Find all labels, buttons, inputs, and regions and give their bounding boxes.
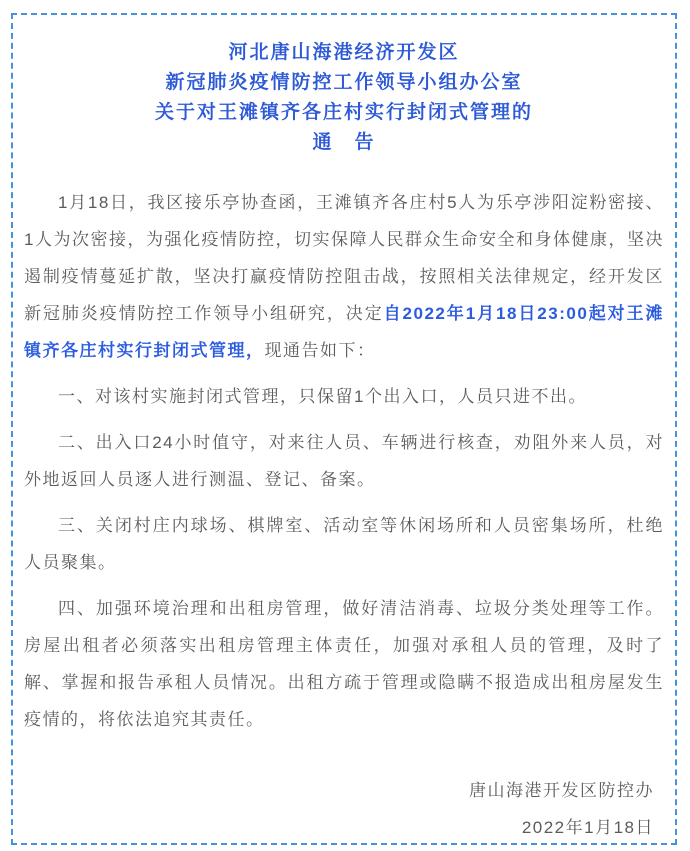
- title-line-subject: 关于对王滩镇齐各庄村实行封闭式管理的: [13, 98, 675, 128]
- notice-item-3: 三、关闭村庄内球场、棋牌室、活动室等休闲场所和人员密集场所，杜绝人员聚集。: [24, 507, 664, 581]
- notice-item-1: 一、对该村实施封闭式管理，只保留1个出入口，人员只进不出。: [24, 378, 664, 415]
- notice-item-2: 二、出入口24小时值守，对来往人员、车辆进行核查，劝阻外来人员，对外地返回人员逐…: [24, 424, 664, 498]
- issue-date: 2022年1月18日: [24, 809, 654, 846]
- notice-item-4: 四、加强环境治理和出租房管理，做好清洁消毒、垃圾分类处理等工作。房屋出租者必须落…: [24, 590, 664, 738]
- intro-text-after: 现通告如下：: [265, 341, 376, 360]
- notice-body: 1月18日，我区接乐亭协查函，王滩镇齐各庄村5人为乐亭涉阳淀粉密接、1人为次密接…: [24, 184, 664, 846]
- issuer-name: 唐山海港开发区防控办: [24, 772, 654, 809]
- title-line-notice-word: 通 告: [13, 128, 675, 158]
- title-line-org-office: 新冠肺炎疫情防控工作领导小组办公室: [13, 68, 675, 98]
- intro-paragraph: 1月18日，我区接乐亭协查函，王滩镇齐各庄村5人为乐亭涉阳淀粉密接、1人为次密接…: [24, 184, 664, 369]
- dashed-border: 河北唐山海港经济开发区 新冠肺炎疫情防控工作领导小组办公室 关于对王滩镇齐各庄村…: [11, 13, 677, 845]
- notice-title: 河北唐山海港经济开发区 新冠肺炎疫情防控工作领导小组办公室 关于对王滩镇齐各庄村…: [13, 38, 675, 158]
- notice-page: 河北唐山海港经济开发区 新冠肺炎疫情防控工作领导小组办公室 关于对王滩镇齐各庄村…: [0, 0, 690, 851]
- title-line-org-region: 河北唐山海港经济开发区: [13, 38, 675, 68]
- signature-block: 唐山海港开发区防控办 2022年1月18日: [24, 772, 664, 846]
